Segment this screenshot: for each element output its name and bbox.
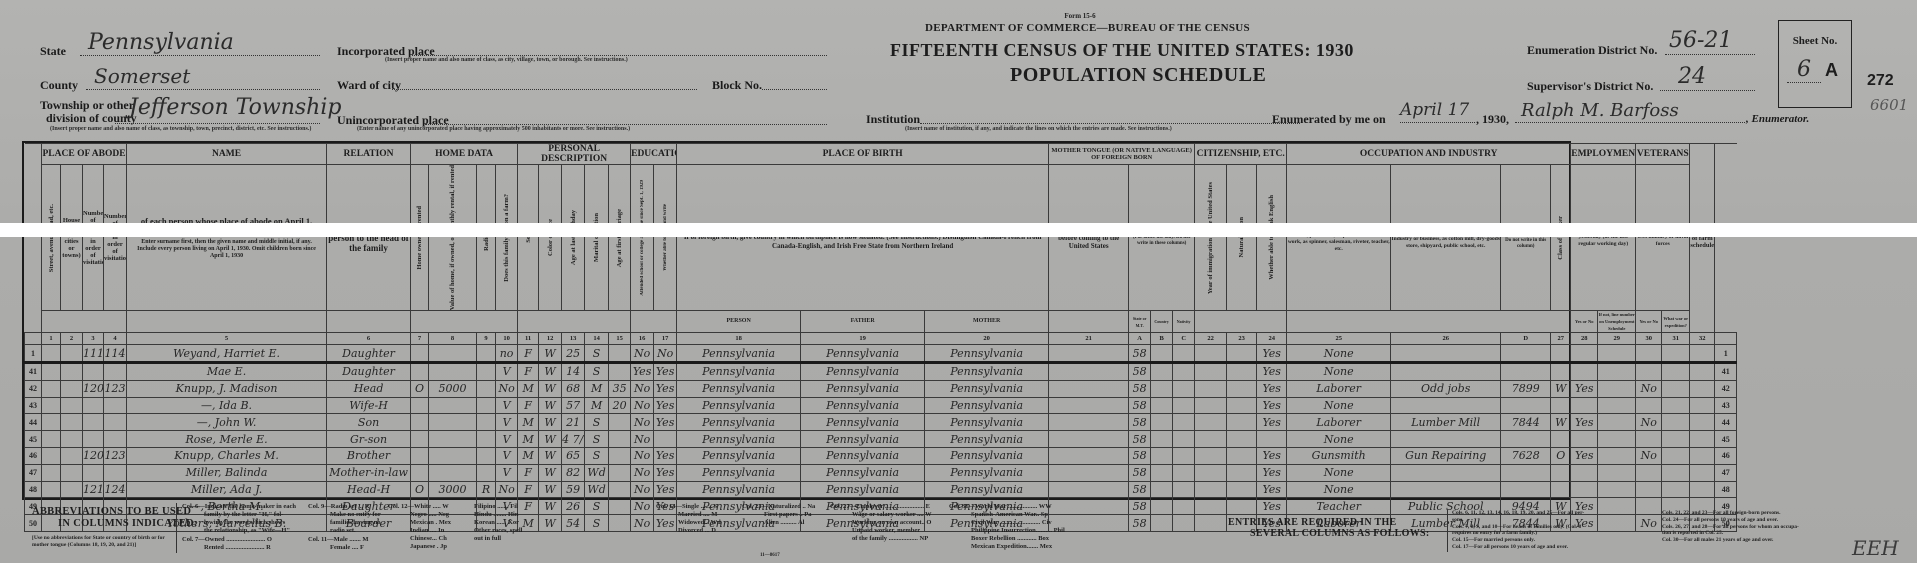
cell-age-marriage: [609, 363, 631, 381]
cell-immig: [1195, 431, 1227, 448]
cell-age: 65: [562, 448, 585, 465]
colnum: 5: [127, 333, 327, 345]
footer-line: Rented ........................ R: [182, 544, 272, 552]
footer-line: Col. 23—Naturalized .. Na: [742, 503, 815, 511]
cell-sex: M: [518, 380, 539, 397]
colnum: 19: [801, 333, 925, 345]
sheet-letter: A: [1825, 60, 1838, 80]
cell-code-c: [1173, 464, 1195, 481]
cell-unemp-line: [1598, 345, 1636, 363]
cell-code-d: [1501, 363, 1551, 381]
group-education: EDUCATION: [631, 144, 677, 165]
cell-race: W: [539, 380, 562, 397]
cell-dwelling: [83, 431, 104, 448]
census-page: State Pennsylvania County Somerset Towns…: [0, 0, 1917, 563]
cell-age-marriage: [609, 345, 631, 363]
footer-line: out in full: [474, 535, 522, 543]
cell-veteran: No: [1636, 414, 1662, 431]
cell-value: [429, 414, 477, 431]
colnum: 9: [477, 333, 496, 345]
footer-col31: Col. 31—World War .................. WWS…: [949, 503, 1065, 551]
colnum: 10: [496, 333, 518, 345]
col4-desc: Number of family in order of visitation: [104, 165, 127, 311]
cell-english: Yes: [1257, 448, 1287, 465]
cell-marital: S: [585, 498, 609, 515]
cell-radio: [477, 380, 496, 397]
institution-note: (Insert name of institution, if any, and…: [905, 126, 1172, 132]
cell-school: No: [631, 345, 654, 363]
cell-sex: F: [518, 363, 539, 381]
footer-line: Wage or salary worker .... W: [830, 511, 932, 519]
cell-house: [61, 380, 83, 397]
cell-street: [42, 448, 61, 465]
cell-age: 21: [562, 414, 585, 431]
cell-pob: Pennsylvania: [677, 448, 801, 465]
colnum: 18: [677, 333, 801, 345]
cell-age-marriage: [609, 414, 631, 431]
colnum: 6: [327, 333, 411, 345]
cell-code-b: [1151, 515, 1173, 532]
footer-line: Col. 30—For all males 21 years of age an…: [1662, 537, 1799, 544]
ed-field: 56-21: [1665, 28, 1755, 55]
cell-code-b: [1151, 481, 1173, 498]
line-number: 45: [25, 431, 42, 448]
unincorporated-note: (Enter name of any unincorporated place …: [357, 126, 630, 132]
colnum: 29: [1598, 333, 1636, 345]
ed-value: 56-21: [1665, 28, 1732, 53]
cell-farm-sched: [1690, 363, 1715, 381]
footer-line: Mexican . Mex: [388, 519, 451, 527]
cell-age-marriage: [609, 431, 631, 448]
cell-radio: [477, 397, 496, 414]
cell-at-work: Yes: [1571, 380, 1598, 397]
footer-line: Make no entry for: [308, 511, 381, 519]
line-number-right: 41: [1715, 363, 1737, 381]
schedule-title: POPULATION SCHEDULE: [1010, 64, 1266, 87]
reviewer-initials: EEH: [1852, 536, 1899, 560]
cell-farm-sched: [1690, 345, 1715, 363]
cell-unemp-line: [1598, 397, 1636, 414]
cell-immig: [1195, 414, 1227, 431]
colnum: 4: [104, 333, 127, 345]
table-row: 42120123Knupp, J. MadisonHeadO5000NoMW68…: [25, 380, 1737, 397]
cell-code-c: [1173, 498, 1195, 515]
cell-occupation: None: [1287, 464, 1391, 481]
footer-line: Female .... F: [308, 544, 368, 552]
cell-farm: No: [496, 380, 518, 397]
cell-veteran: [1636, 431, 1662, 448]
cell-at-work: [1571, 397, 1598, 414]
cell-pob: Pennsylvania: [677, 345, 801, 363]
cell-school: No: [631, 448, 654, 465]
cell-occupation: None: [1287, 431, 1391, 448]
colnum: 1: [42, 333, 61, 345]
cell-pob: Pennsylvania: [677, 481, 801, 498]
line-number-right: 1: [1715, 345, 1737, 363]
cell-marital: S: [585, 345, 609, 363]
cell-race: W: [539, 363, 562, 381]
cell-natur: [1227, 397, 1257, 414]
line-number-right: 47: [1715, 464, 1737, 481]
line-number: 41: [25, 363, 42, 381]
cell-code-d: [1501, 464, 1551, 481]
cell-farm: V: [496, 397, 518, 414]
cell-pob: Pennsylvania: [677, 380, 801, 397]
form-number: Form 15-6: [880, 12, 1280, 20]
colnum: 12: [539, 333, 562, 345]
cell-industry: [1391, 481, 1501, 498]
footer-line: Col. 17—For all persons 10 years of age …: [1452, 544, 1584, 551]
cell-read: No: [654, 345, 677, 363]
cell-race: W: [539, 414, 562, 431]
cell-relation: Gr-son: [327, 431, 411, 448]
cell-class: [1551, 431, 1571, 448]
group-mother-tongue: MOTHER TONGUE (OR NATIVE LANGUAGE) OF FO…: [1049, 144, 1195, 165]
cell-name: Mae E.: [127, 363, 327, 381]
cell-family: [104, 363, 127, 381]
cell-code-a: 58: [1129, 431, 1151, 448]
cell-house: [61, 481, 83, 498]
line-number-header: [25, 144, 42, 333]
cell-immig: [1195, 464, 1227, 481]
footer-col9: Col. 9—Radio set ... RMake no entry forf…: [308, 503, 381, 535]
cell-farm-sched: [1690, 431, 1715, 448]
cell-value: [429, 345, 477, 363]
footer-line: requires no entry for a farm family.): [1452, 530, 1584, 537]
cell-farm-sched: [1690, 414, 1715, 431]
cell-unemp-line: [1598, 380, 1636, 397]
cell-code-a: 58: [1129, 515, 1151, 532]
footer-line: Philippine Insurrection.......... Phil: [949, 527, 1065, 535]
cell-age: 68: [562, 380, 585, 397]
cell-pob-father: Pennsylvania: [801, 431, 925, 448]
col26-desc: INDUSTRY Industry or business, as cotton…: [1391, 165, 1501, 311]
footer-line: First papers .. Pa: [742, 511, 815, 519]
cell-dwelling: 121: [83, 481, 104, 498]
cell-race: W: [539, 345, 562, 363]
cell-age-marriage: [609, 481, 631, 498]
cell-war: [1662, 464, 1690, 481]
institution-field: [920, 113, 1300, 124]
line-number: 46: [25, 448, 42, 465]
cell-farm-sched: [1690, 397, 1715, 414]
footer-line: Col. 6—Indicate the home-maker in each: [182, 503, 296, 511]
cell-veteran: [1636, 363, 1662, 381]
cell-war: [1662, 414, 1690, 431]
column-number-row: 1 2 3 4 5 6 7 8 9 10 11 12 13 14 15 16 1…: [25, 333, 1737, 345]
cell-value: 5000: [429, 380, 477, 397]
footer-line: Col. 15—For married persons only.: [1452, 537, 1584, 544]
footer-line: Cols. 26, 27, and 28—For all persons for…: [1662, 524, 1799, 531]
cell-veteran: No: [1636, 515, 1662, 532]
cell-race: W: [539, 498, 562, 515]
cell-pob-father: Pennsylvania: [801, 481, 925, 498]
line-number-right: 48: [1715, 481, 1737, 498]
cell-pob-mother: Pennsylvania: [925, 464, 1049, 481]
cell-relation: Head: [327, 380, 411, 397]
cell-tongue: [1049, 464, 1129, 481]
cell-house: [61, 464, 83, 481]
cell-read: [654, 431, 677, 448]
cell-school: No: [631, 481, 654, 498]
footer-line: the relationship, as "Wife—H": [182, 527, 296, 535]
footer-line: family by the letter "H," fol-: [182, 511, 296, 519]
cell-school: No: [631, 414, 654, 431]
cell-occupation: None: [1287, 345, 1391, 363]
cell-street: [42, 345, 61, 363]
cell-marital: M: [585, 380, 609, 397]
cell-street: [42, 431, 61, 448]
cell-house: [61, 431, 83, 448]
cell-house: [61, 397, 83, 414]
cell-marital: Wd: [585, 481, 609, 498]
cell-immig: [1195, 481, 1227, 498]
cell-pob-father: Pennsylvania: [801, 363, 925, 381]
cell-marital: S: [585, 414, 609, 431]
cell-house: [61, 363, 83, 381]
cell-class: [1551, 481, 1571, 498]
cell-unemp-line: [1598, 464, 1636, 481]
code-abc-header: CODE (For office use only. Do not write …: [1129, 165, 1195, 311]
cell-radio: R: [477, 481, 496, 498]
cell-code-d: 7844: [1501, 414, 1551, 431]
department-title: DEPARTMENT OF COMMERCE—BUREAU OF THE CEN…: [925, 22, 1250, 34]
incorporated-field: [412, 45, 827, 56]
cell-code-a: 58: [1129, 397, 1151, 414]
cell-family: 124: [104, 481, 127, 498]
cell-school: No: [631, 380, 654, 397]
footer-line: Alien .......... Al: [742, 519, 815, 527]
table-row: 41Mae E.DaughterVFW14SYesYesPennsylvania…: [25, 363, 1737, 381]
cell-pob-mother: Pennsylvania: [925, 431, 1049, 448]
cell-name: Miller, Balinda: [127, 464, 327, 481]
cell-pob-father: Pennsylvania: [801, 414, 925, 431]
cell-name: Knupp, J. Madison: [127, 380, 327, 397]
colnum: 27: [1551, 333, 1571, 345]
cell-relation: Daughter: [327, 345, 411, 363]
colnum: 22: [1195, 333, 1227, 345]
colnum: 32: [1690, 333, 1715, 345]
cell-pob-mother: Pennsylvania: [925, 397, 1049, 414]
footer-line: Spanish-American War.. Sp: [949, 511, 1065, 519]
cell-occupation: Gunsmith: [1287, 448, 1391, 465]
cell-radio: [477, 464, 496, 481]
county-label: County: [40, 78, 78, 93]
line-number-right: 45: [1715, 431, 1737, 448]
veteran-desc: Whether a veteran of U.S. military or na…: [1636, 165, 1690, 311]
footer-line: Col. 12—White ..... W: [388, 503, 451, 511]
sd-label: Supervisor's District No.: [1527, 79, 1653, 94]
colnum: 25: [1287, 333, 1391, 345]
cell-pob-father: Pennsylvania: [801, 464, 925, 481]
cell-street: [42, 380, 61, 397]
cell-dwelling: 120: [83, 448, 104, 465]
cell-dwelling: [83, 397, 104, 414]
colnum: 30: [1636, 333, 1662, 345]
cell-class: [1551, 363, 1571, 381]
cell-race: W: [539, 397, 562, 414]
cell-farm: V: [496, 464, 518, 481]
cell-radio: [477, 431, 496, 448]
cell-dwelling: [83, 414, 104, 431]
colnum: 23: [1227, 333, 1257, 345]
cell-school: No: [631, 464, 654, 481]
cell-age-marriage: [609, 515, 631, 532]
cell-pob: Pennsylvania: [677, 431, 801, 448]
cell-occupation: Laborer: [1287, 380, 1391, 397]
line-number-right: 43: [1715, 397, 1737, 414]
cell-english: Yes: [1257, 380, 1287, 397]
footer-line: Japanese . Jp: [388, 543, 451, 551]
cell-english: Yes: [1257, 464, 1287, 481]
block-field: [762, 79, 827, 90]
cell-code-b: [1151, 464, 1173, 481]
cell-tongue: [1049, 414, 1129, 431]
line-number-right: 44: [1715, 414, 1737, 431]
birth-description: Place of birth of each person enumerated…: [677, 165, 1049, 311]
enumerated-date: April 17: [1400, 100, 1469, 120]
cell-sex: F: [518, 397, 539, 414]
ed-label: Enumeration District No.: [1527, 43, 1657, 58]
footer-line: of the family .................. NP: [830, 535, 932, 543]
cell-age: 14: [562, 363, 585, 381]
cell-tongue: [1049, 380, 1129, 397]
col29-header: If not, line number on Unemployment Sche…: [1598, 311, 1636, 333]
line-number: 47: [25, 464, 42, 481]
cell-code-b: [1151, 498, 1173, 515]
cell-read: Yes: [654, 414, 677, 431]
cell-at-work: [1571, 431, 1598, 448]
cell-war: [1662, 363, 1690, 381]
col25-desc: OCCUPATION Trade, profession, or particu…: [1287, 165, 1391, 311]
cell-owned: [411, 345, 429, 363]
cell-name: —, Ida B.: [127, 397, 327, 414]
cell-code-d: [1501, 345, 1551, 363]
colnum: 21: [1049, 333, 1129, 345]
cell-tongue: [1049, 431, 1129, 448]
cell-marital: Wd: [585, 464, 609, 481]
enumerated-year: , 1930,: [1476, 112, 1509, 127]
group-relation: RELATION: [327, 144, 411, 165]
footer-col11: Col. 11—Male ....... MFemale .... F: [308, 536, 368, 552]
cell-relation: Son: [327, 414, 411, 431]
colnum: 13: [562, 333, 585, 345]
cell-age-marriage: [609, 498, 631, 515]
cell-race: W: [539, 464, 562, 481]
state-field: Pennsylvania: [80, 30, 320, 56]
col16-desc: Attended school or college any time sinc…: [639, 180, 646, 296]
cell-class: [1551, 345, 1571, 363]
cell-value: [429, 464, 477, 481]
cell-veteran: [1636, 498, 1662, 515]
colnum: C: [1173, 333, 1195, 345]
cell-marital: S: [585, 448, 609, 465]
group-place-of-abode: PLACE OF ABODE: [42, 144, 127, 165]
cell-immig: [1195, 380, 1227, 397]
cell-natur: [1227, 464, 1257, 481]
cell-house: [61, 448, 83, 465]
cell-age-marriage: 20: [609, 397, 631, 414]
cell-farm-sched: [1690, 481, 1715, 498]
cell-occupation: None: [1287, 481, 1391, 498]
colnum: 20: [925, 333, 1049, 345]
cell-code-c: [1173, 431, 1195, 448]
cell-code-c: [1173, 397, 1195, 414]
cell-age-marriage: [609, 448, 631, 465]
cell-street: [42, 363, 61, 381]
cell-war: [1662, 345, 1690, 363]
colnum: 7: [411, 333, 429, 345]
cell-veteran: [1636, 345, 1662, 363]
cell-street: [42, 397, 61, 414]
cell-value: [429, 431, 477, 448]
cell-natur: [1227, 363, 1257, 381]
cell-age-marriage: [609, 464, 631, 481]
cell-farm-sched: [1690, 448, 1715, 465]
footer-line: Col. 9—Radio set ... R: [308, 503, 381, 511]
institution-label: Institution: [866, 112, 920, 127]
cell-industry: Gun Repairing: [1391, 448, 1501, 465]
cell-code-d: [1501, 431, 1551, 448]
sd-field: 24: [1660, 64, 1755, 91]
cell-immig: [1195, 448, 1227, 465]
cell-pob: Pennsylvania: [677, 414, 801, 431]
group-occupation-industry: OCCUPATION AND INDUSTRY: [1287, 144, 1571, 165]
cell-house: [61, 414, 83, 431]
farm-schedule-header: Number of farm schedule: [1690, 144, 1715, 333]
footer-line: Boxer Rebellion ............ Box: [949, 535, 1065, 543]
line-number: 1: [25, 345, 42, 363]
cell-owned: [411, 363, 429, 381]
table-row: 47Miller, BalindaMother-in-lawVFW82WdNoY…: [25, 464, 1737, 481]
colnum: 15: [609, 333, 631, 345]
cell-industry: [1391, 464, 1501, 481]
cell-code-a: 58: [1129, 464, 1151, 481]
cell-pob-mother: Pennsylvania: [925, 414, 1049, 431]
cell-farm: V: [496, 363, 518, 381]
cell-name: —, John W.: [127, 414, 327, 431]
col30-header: Yes or No: [1636, 311, 1662, 333]
cell-industry: [1391, 363, 1501, 381]
line-number: 42: [25, 380, 42, 397]
cell-family: [104, 431, 127, 448]
township-note: (Insert proper name and also name of cla…: [50, 126, 311, 132]
cell-class: O: [1551, 448, 1571, 465]
cell-occupation: Teacher: [1287, 498, 1391, 515]
col7-desc: Home owned or rented: [416, 206, 423, 270]
cell-pob-father: Pennsylvania: [801, 448, 925, 465]
cell-farm: no: [496, 345, 518, 363]
cell-tongue: [1049, 345, 1129, 363]
entries-title-2: SEVERAL COLUMNS AS FOLLOWS:: [1250, 528, 1430, 539]
cell-pob-mother: Pennsylvania: [925, 363, 1049, 381]
cell-sex: M: [518, 414, 539, 431]
cell-dwelling: [83, 363, 104, 381]
cell-family: 123: [104, 380, 127, 397]
cell-code-b: [1151, 363, 1173, 381]
cell-sex: M: [518, 448, 539, 465]
cell-marital: M: [585, 397, 609, 414]
cell-unemp-line: [1598, 515, 1636, 532]
cell-english: Yes: [1257, 363, 1287, 381]
colnum: 28: [1571, 333, 1598, 345]
abbr-note: [Use no abbreviations for State or count…: [32, 535, 172, 548]
cell-unemp-line: [1598, 363, 1636, 381]
cell-natur: [1227, 380, 1257, 397]
enumerated-date-field: April 17: [1400, 100, 1475, 123]
cell-pob-father: Pennsylvania: [801, 380, 925, 397]
cell-street: [42, 481, 61, 498]
